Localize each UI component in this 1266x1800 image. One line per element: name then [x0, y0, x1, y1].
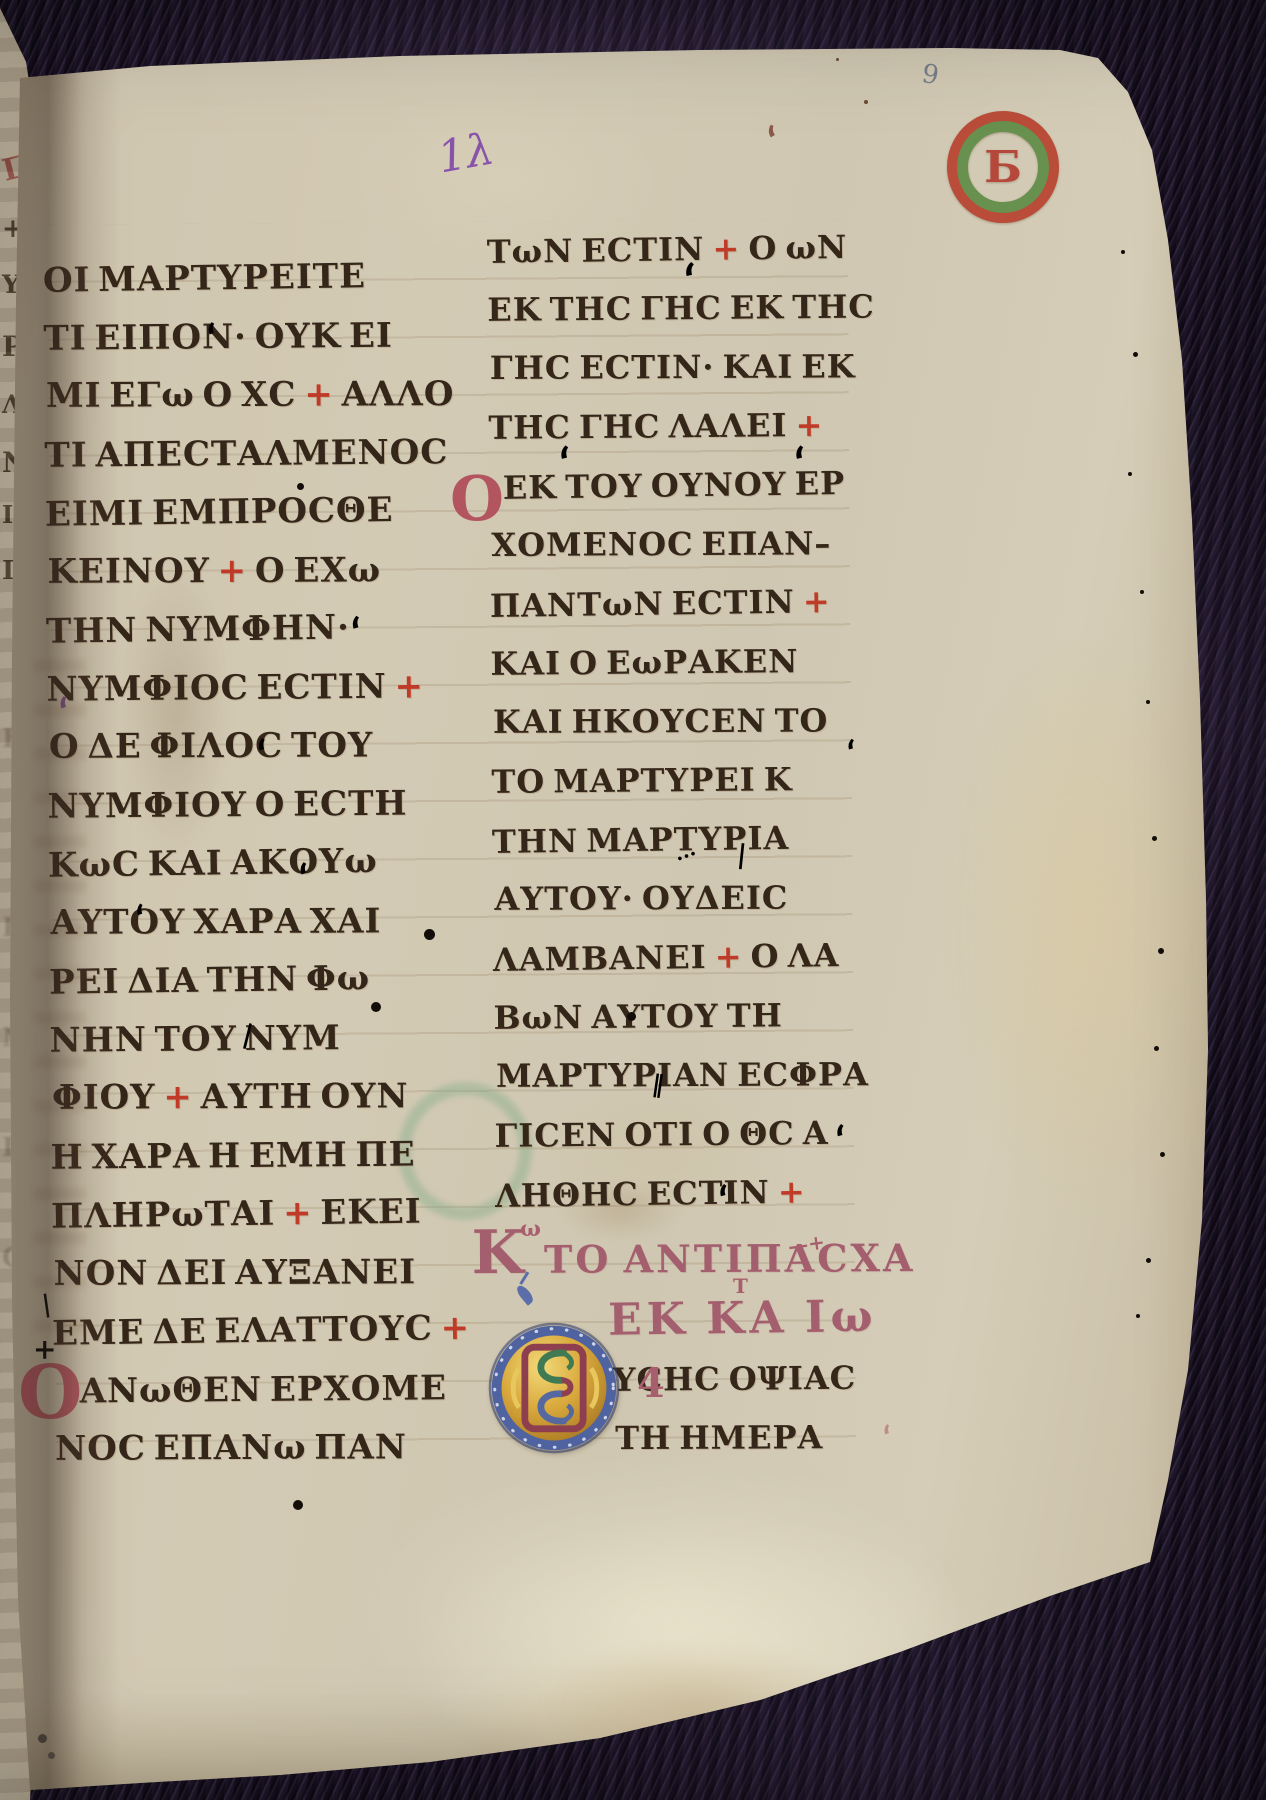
quire-ornament: Б: [947, 111, 1059, 223]
wormhole: [371, 1002, 381, 1012]
manuscript-line: ΚΕΙΝΟΥ + Ο ΕΧω: [47, 541, 447, 601]
red-accent-mark: +: [33, 1336, 56, 1364]
manuscript-line: ΤΗC ΓΗC ΛΑΛΕΙ +: [488, 395, 918, 458]
manuscript-line: ΝΟΝ ΔΕΙ ΑΥΞΑΝΕΙ: [53, 1243, 453, 1303]
parchment-stain: [960, 640, 1190, 1200]
quire-letter: Б: [959, 123, 1047, 211]
wormhole: [1121, 250, 1125, 254]
manuscript-line: ΤΗΝ ΜΑΡΤΥΡΙΑ: [492, 807, 923, 872]
marginal-initial: Ο: [18, 1356, 82, 1430]
right-text-column: ΤωΝ ΕCΤΙΝ + Ο ωΝΕΚ ΤΗC ΓΗC ΕΚ ΤΗCΓΗC ΕCΤ…: [487, 218, 928, 1470]
manuscript-line: ΒωΝ ΑΥΤΟΥ ΤΗ: [493, 985, 923, 1048]
manuscript-line: ΡΕΙ ΔΙΑ ΤΗΝ Φω: [49, 948, 450, 1012]
wormhole: [627, 1012, 636, 1021]
wormhole: [1136, 1314, 1140, 1318]
manuscript-line: ΚΑΙ ΗΚΟΥCΕΝ ΤΟ: [493, 691, 923, 752]
manuscript-line: ΑΥΤΟΥ ΧΑΡΑ ΧΑΙ: [50, 892, 450, 952]
manuscript-line: ΕΚ ΤΗC ΓΗC ΕΚ ΤΗC: [487, 277, 917, 340]
wormhole: [1152, 836, 1157, 841]
manuscript-line: ΚωC ΚΑΙ ΑΚΟΥω: [48, 831, 449, 895]
manuscript-line: ΑΝωΘΕΝ ΕΡΧΟΜΕ: [79, 1359, 452, 1421]
wormhole: [48, 1752, 55, 1759]
wormhole: [864, 100, 868, 104]
wormhole: [38, 1734, 47, 1743]
manuscript-line: ΦΙΟΥ + ΑΥΤΗ ΟΥΝ: [52, 1067, 452, 1127]
red-accent-mark: |: [40, 1292, 52, 1317]
manuscript-line: ΝΥΜΦΙΟC ΕCΤΙΝ +: [46, 657, 446, 719]
wormhole: [1160, 1152, 1165, 1157]
photograph-scene: ΓΓΕ+ΗΥΙCΡΙΛΙΗΝΙΙΠΟΙΚΗΙΗΝΙΛC ΟΙ ΜΑΡΤΥΡΕΙΤ…: [0, 0, 1266, 1800]
wormhole: [836, 58, 839, 61]
marginal-initial: Ο: [450, 468, 504, 530]
wormhole: [1146, 700, 1150, 704]
wormhole: [1140, 590, 1144, 594]
red-accent-mark: Τ: [733, 1276, 748, 1296]
manuscript-line: ΓΗC ΕCΤΙΝ· ΚΑΙ ΕΚ: [490, 337, 920, 398]
red-accent-mark: —+: [787, 1232, 826, 1257]
red-accent-mark: ω: [520, 1218, 541, 1240]
manuscript-page: ΟΙ ΜΑΡΤΥΡΕΙΤΕΤΙ ΕΙΠΟΝ· ΟΥΚ ΕΙΜΙ ΕΓω Ο ΧC…: [0, 0, 1266, 1800]
manuscript-line: ΜΑΡΤΥΡΙΑΝ ΕCΦΡΑ: [496, 1045, 926, 1106]
manuscript-line: ΧΟΜΕΝΟC ΕΠΑΝ–: [491, 514, 921, 575]
wormhole: [1154, 1046, 1159, 1051]
manuscript-line: ΤΗ ΗΜΕΡΑ: [615, 1408, 929, 1468]
manuscript-line: ΤωΝ ΕCΤΙΝ + Ο ωΝ: [486, 217, 917, 282]
illuminated-initial: [486, 1320, 622, 1456]
left-text-column: ΟΙ ΜΑΡΤΥΡΕΙΤΕΤΙ ΕΙΠΟΝ· ΟΥΚ ΕΙΜΙ ΕΓω Ο ΧC…: [43, 247, 454, 1479]
wormhole: [293, 1500, 303, 1510]
folio-number: 9: [920, 59, 942, 91]
wormhole: [1146, 1258, 1151, 1263]
manuscript-line: ΤΗΝ ΝΥΜΦΗΝ·: [46, 597, 447, 661]
manuscript-line: ΠΛΗΡωΤΑΙ + ΕΚΕΙ: [51, 1182, 452, 1246]
manuscript-line: ΕΙΜΙ ΕΜΠΡΟCΘΕ: [45, 480, 446, 544]
manuscript-line: Ο ΔΕ ΦΙΛΟC ΤΟΥ: [49, 716, 449, 776]
wormhole: [424, 929, 435, 940]
manuscript-line: ΤΙ ΕΙΠΟΝ· ΟΥΚ ΕΙ: [43, 306, 443, 368]
manuscript-line: ΛΗΘΗC ΕCΤΙΝ +: [495, 1161, 926, 1226]
wormhole: [1128, 472, 1132, 476]
manuscript-line: ΠΑΝΤωΝ ΕCΤΙΝ +: [490, 571, 921, 636]
red-accent-mark: 4: [637, 1364, 665, 1404]
manuscript-line: Η ΧΑΡΑ Η ΕΜΗ ΠΕ: [50, 1125, 450, 1187]
manuscript-line: ΓΙCΕΝ ΟΤΙ Ο ΘC Α: [494, 1103, 924, 1166]
manuscript-line: ΝΥΜΦΙΟΥ Ο ΕCΤΗ: [47, 774, 447, 836]
manuscript-line: ΤΙ ΑΠΕCΤΑΛΜΕΝΟC: [44, 423, 444, 485]
pencil-foliation: 1λ: [434, 124, 498, 184]
manuscript-line: ΚΑΙ Ο ΕωΡΑΚΕΝ: [490, 631, 920, 694]
manuscript-line: ΕΚ ΚΑ Ιω: [608, 1285, 927, 1351]
manuscript-line: ΝΟC ΕΠΑΝω ΠΑΝ: [55, 1418, 455, 1478]
manuscript-line: ΜΙ ΕΓω Ο ΧC + ΑΛΛΟ: [46, 365, 446, 425]
red-accent-mark: ,: [762, 123, 789, 158]
manuscript-line: ΟΙ ΜΑΡΤΥΡΕΙΤΕ: [43, 246, 444, 310]
manuscript-line: ΕΜΕ ΔΕ ΕΛΑΤΤΟΥC +: [52, 1299, 453, 1363]
manuscript-line: ΛΑΜΒΑΝΕΙ + Ο ΛΑ: [493, 925, 924, 990]
wormhole: [297, 483, 304, 490]
wormhole: [1133, 352, 1138, 357]
wormhole: [1158, 948, 1164, 954]
manuscript-line: ΑΥΤΟΥ· ΟΥΔΕΙC: [494, 868, 924, 929]
